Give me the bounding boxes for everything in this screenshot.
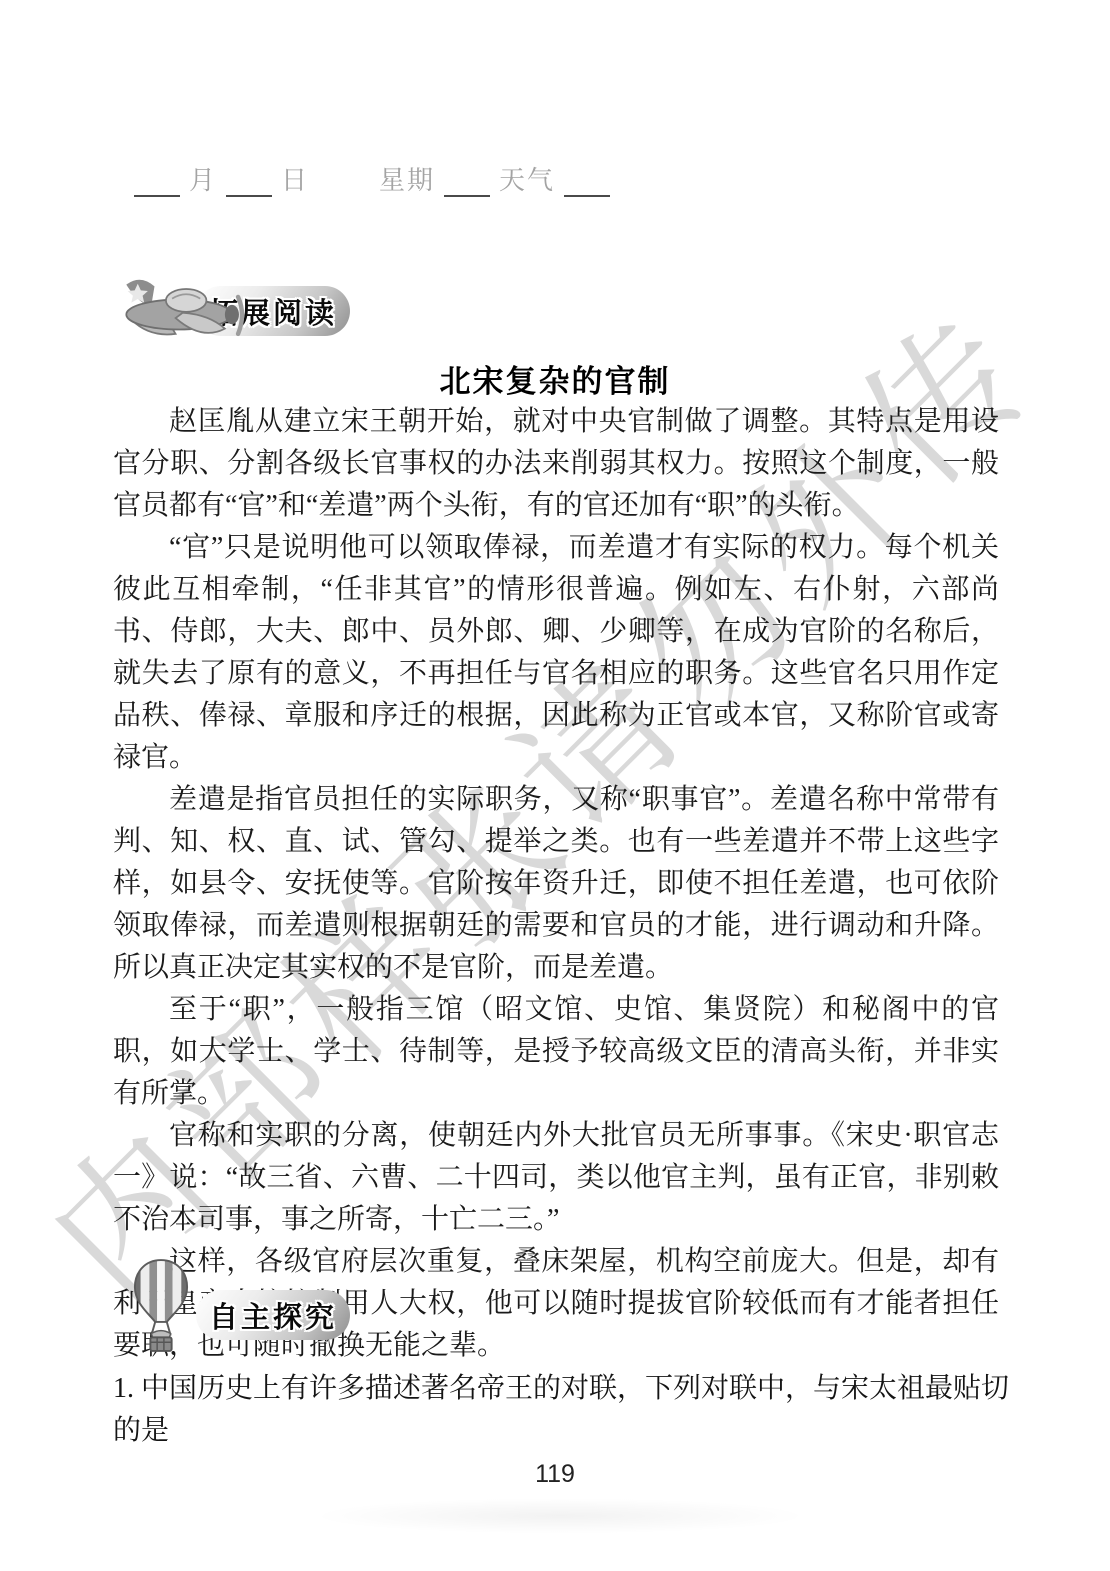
article-paragraph: 官称和实职的分离，使朝廷内外大批官员无所事事。《宋史·职官志一》说：“故三省、六… — [113, 1115, 999, 1241]
page-number: 119 — [0, 1460, 1110, 1489]
date-weather-header: 月 日 星期 天气 — [125, 160, 619, 197]
month-blank-line — [134, 167, 180, 197]
article-paragraph: 赵匡胤从建立宋王朝开始，就对中央官制做了调整。其特点是用设官分职、分割各级长官事… — [113, 401, 999, 527]
textbook-page: 月 日 星期 天气 拓展阅读 北宋复 — [0, 0, 1110, 1571]
article-paragraph: 至于“职”，一般指三馆（昭文馆、史馆、集贤院）和秘阁中的官职，如大学士、学士、待… — [113, 989, 999, 1115]
week-blank-line — [444, 167, 490, 197]
weather-label: 天气 — [499, 160, 555, 197]
week-label: 星期 — [379, 160, 435, 197]
self-exploration-label: 自主探究 — [209, 1295, 337, 1336]
weather-blank-line — [564, 167, 610, 197]
self-exploration-pill: 自主探究 — [196, 1290, 350, 1340]
hot-air-balloon-icon — [132, 1258, 190, 1353]
article-paragraph: 差遣是指官员担任的实际职务，又称“职事官”。差遣名称中常带有判、知、权、直、试、… — [113, 779, 999, 989]
exercise-question: 1. 中国历史上有许多描述著名帝王的对联，下列对联中，与宋太祖最贴切的是 — [113, 1368, 1013, 1452]
airplane-icon — [114, 270, 246, 352]
self-exploration-badge: 自主探究 — [118, 1256, 368, 1351]
day-label: 日 — [281, 160, 309, 197]
extended-reading-badge: 拓展阅读 — [118, 268, 368, 353]
article-paragraph: “官”只是说明他可以领取俸禄，而差遣才有实际的权力。每个机关彼此互相牵制，“任非… — [113, 527, 999, 779]
month-label: 月 — [189, 160, 217, 197]
article-title: 北宋复杂的官制 — [0, 356, 1110, 401]
scan-smudge — [310, 1498, 810, 1534]
day-blank-line — [226, 167, 272, 197]
article-body: 赵匡胤从建立宋王朝开始，就对中央官制做了调整。其特点是用设官分职、分割各级长官事… — [113, 401, 999, 1367]
